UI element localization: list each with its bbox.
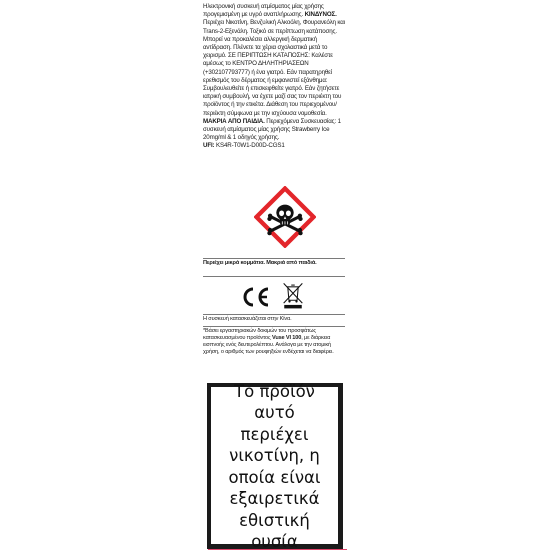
ufi-code: KS4R-T0W1-D00D-CGS1 [216, 142, 285, 149]
nicotine-warning-box: Το προϊόν αυτό περιέχει νικοτίνη, η οποί… [207, 383, 343, 549]
divider-3 [203, 314, 345, 315]
divider-1 [203, 258, 345, 259]
warning-line: περιέχει [241, 425, 309, 444]
para-seg-2: Περιέχει Νικοτίνη, Βενζυλική Αλκοόλη, Φο… [203, 19, 345, 116]
label-text-column: Ηλεκτρονική συσκευή ατμίσματος μίας χρήσ… [203, 3, 346, 151]
danger-keyword: ΚΙΝΔΥΝΟΣ. [305, 11, 337, 18]
warning-line: Το προϊόν [234, 382, 315, 401]
hazard-statement-paragraph: Ηλεκτρονική συσκευή ατμίσματος μίας χρήσ… [203, 3, 346, 151]
skull-and-crossbones-icon [254, 186, 316, 248]
divider-2 [203, 276, 345, 277]
warning-line: ουσία [251, 532, 298, 550]
ufi-label: UFI: [203, 142, 214, 149]
divider-4 [203, 326, 345, 327]
small-parts-warning: Περιέχει μικρά κομμάτια. Μακριά από παιδ… [203, 260, 345, 267]
warning-line: αυτό [254, 403, 294, 422]
made-in-text: Η συσκευή κατασκευάζεται στην Κίνα. [203, 316, 345, 323]
footnote-product: Vuse VI 100 [272, 335, 301, 341]
puff-count-footnote: *Βάσει εργαστηριακών δοκιμών του προσφάτ… [203, 328, 345, 356]
warning-line: οποία είναι [228, 468, 320, 487]
crossed-out-wheelie-bin-icon [281, 281, 305, 309]
warning-line: εθιστική [239, 511, 310, 530]
nicotine-warning-text: Το προϊόν αυτό περιέχει νικοτίνη, η οποί… [228, 379, 320, 550]
ce-mark-icon [240, 286, 270, 308]
warning-line: εξαιρετικά [229, 489, 319, 508]
warning-line: νικοτίνη, η [229, 446, 320, 465]
keep-away-children: ΜΑΚΡΙΑ ΑΠΟ ΠΑΙΔΙΑ. [203, 118, 265, 125]
